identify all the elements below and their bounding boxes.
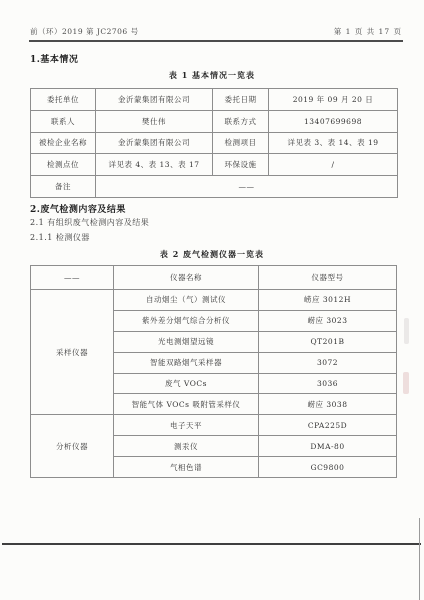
table-row: 分析仪器 电子天平 CPA225D — [31, 415, 397, 436]
category-cell: 采样仪器 — [31, 290, 114, 415]
field-value: 详见表 4、表 13、表 17 — [96, 154, 213, 176]
instrument-model: 3072 — [259, 352, 397, 373]
instrument-name: 智能双路烟气采样器 — [114, 352, 259, 373]
field-value: / — [269, 154, 398, 176]
instrument-model: GC9800 — [259, 457, 397, 478]
table2-title: 表 2 废气检测仪器一览表 — [0, 249, 424, 260]
field-label: 检测点位 — [31, 154, 96, 176]
instrument-name: 紫外差分烟气综合分析仪 — [114, 310, 259, 331]
table-row: 检测点位 详见表 4、表 13、表 17 环保设施 / — [31, 154, 398, 176]
instrument-name: 测汞仪 — [114, 436, 259, 457]
table-row: 被检企业名称 金沂蒙集团有限公司 检测项目 详见表 3、表 14、表 19 — [31, 132, 398, 154]
field-label: 委托日期 — [213, 89, 269, 111]
page-right-edge — [419, 518, 420, 600]
field-value: 详见表 3、表 14、表 19 — [269, 132, 398, 154]
category-cell: 分析仪器 — [31, 415, 114, 478]
section1-heading: 1.基本情况 — [30, 52, 78, 65]
instrument-name: 电子天平 — [114, 415, 259, 436]
section2-sub2: 2.1.1 检测仪器 — [30, 232, 90, 243]
section2-sub1: 2.1 有组织废气检测内容及结果 — [30, 217, 149, 228]
instrument-name: 光电测烟望远镜 — [114, 331, 259, 352]
remark-value: —— — [96, 176, 398, 198]
instrument-name: 自动烟尘（气）测试仪 — [114, 290, 259, 311]
field-value: 金沂蒙集团有限公司 — [96, 132, 213, 154]
field-label: 备注 — [31, 176, 96, 198]
table-row: 备注 —— — [31, 176, 398, 198]
report-number: 前（环）2019 第 JC2706 号 — [30, 26, 139, 37]
table-row: 联系人 樊仕伟 联系方式 13407699698 — [31, 110, 398, 132]
field-label: 委托单位 — [31, 89, 96, 111]
table-row: 采样仪器 自动烟尘（气）测试仪 崂应 3012H — [31, 290, 397, 311]
page-indicator: 第 1 页 共 17 页 — [334, 26, 402, 37]
table-header-row: —— 仪器名称 仪器型号 — [31, 266, 397, 290]
instrument-model: 崂应 3038 — [259, 394, 397, 415]
scan-artifact — [403, 372, 409, 394]
field-label: 联系方式 — [213, 110, 269, 132]
scan-artifact — [404, 318, 409, 344]
header-rule — [29, 40, 403, 42]
instrument-model: DMA-80 — [259, 436, 397, 457]
instrument-name: 废气 VOCs — [114, 373, 259, 394]
header-cell: 仪器型号 — [259, 266, 397, 290]
basic-info-table: 委托单位 金沂蒙集团有限公司 委托日期 2019 年 09 月 20 日 联系人… — [30, 88, 398, 198]
page-bottom-edge — [2, 543, 421, 545]
header-cell: 仪器名称 — [114, 266, 259, 290]
section2-heading: 2.废气检测内容及结果 — [30, 202, 126, 215]
instrument-table: —— 仪器名称 仪器型号 采样仪器 自动烟尘（气）测试仪 崂应 3012H 紫外… — [30, 265, 397, 478]
instrument-model: 崂应 3012H — [259, 290, 397, 311]
field-value: 2019 年 09 月 20 日 — [269, 89, 398, 111]
header-cell: —— — [31, 266, 114, 290]
instrument-model: 崂应 3023 — [259, 310, 397, 331]
field-value: 樊仕伟 — [96, 110, 213, 132]
field-value: 13407699698 — [269, 110, 398, 132]
field-label: 检测项目 — [213, 132, 269, 154]
table1-title: 表 1 基本情况一览表 — [0, 70, 424, 81]
field-label: 环保设施 — [213, 154, 269, 176]
instrument-model: 3036 — [259, 373, 397, 394]
instrument-model: QT201B — [259, 331, 397, 352]
instrument-name: 气相色谱 — [114, 457, 259, 478]
instrument-model: CPA225D — [259, 415, 397, 436]
field-label: 被检企业名称 — [31, 132, 96, 154]
field-value: 金沂蒙集团有限公司 — [96, 89, 213, 111]
instrument-name: 智能气体 VOCs 吸附管采样仪 — [114, 394, 259, 415]
field-label: 联系人 — [31, 110, 96, 132]
table-row: 委托单位 金沂蒙集团有限公司 委托日期 2019 年 09 月 20 日 — [31, 89, 398, 111]
